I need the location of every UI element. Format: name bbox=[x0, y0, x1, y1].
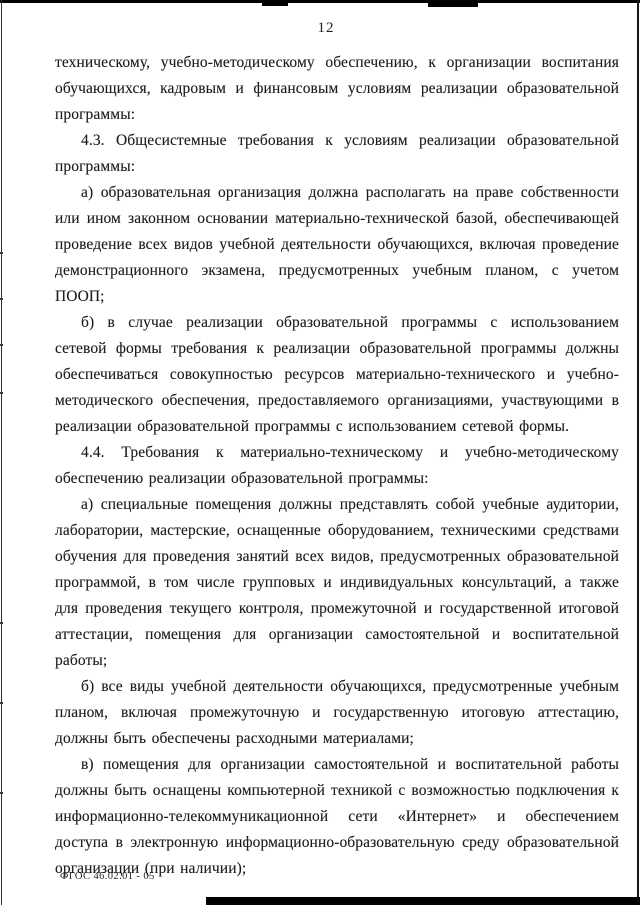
document-footer-code: ФГОС 46.02.01 - 05 bbox=[60, 871, 155, 882]
scan-artifact-bottom-edge bbox=[206, 897, 640, 905]
scanned-document-page: 12 техническому, учебно-методическому об… bbox=[0, 0, 640, 905]
scan-artifact-left-mark bbox=[0, 344, 3, 346]
paragraph: а) специальные помещения должны представ… bbox=[55, 492, 619, 674]
scan-artifact-left-mark bbox=[0, 252, 3, 254]
paragraph: б) в случае реализации образовательной п… bbox=[55, 310, 619, 440]
paragraph: в) помещения для организации самостоятел… bbox=[55, 752, 619, 882]
scan-artifact-left-mark bbox=[0, 392, 3, 394]
scan-artifact-left-mark bbox=[0, 702, 3, 704]
scan-artifact-left-edge bbox=[1, 0, 2, 905]
scan-artifact-left-mark bbox=[0, 622, 3, 624]
scan-artifact-top-mark bbox=[428, 0, 478, 7]
paragraph: техническому, учебно-методическому обесп… bbox=[55, 50, 619, 128]
paragraph: б) все виды учебной деятельности обучающ… bbox=[55, 674, 619, 752]
scan-artifact-top-edge bbox=[0, 0, 640, 3]
scan-artifact-right-edge bbox=[637, 0, 639, 899]
scan-artifact-left-mark bbox=[0, 792, 3, 794]
scan-artifact-left-mark bbox=[0, 298, 3, 300]
scan-artifact-top-mark bbox=[262, 0, 288, 6]
page-number: 12 bbox=[0, 20, 640, 37]
paragraph: 4.3. Общесистемные требования к условиям… bbox=[55, 128, 619, 180]
paragraph: а) образовательная организация должна ра… bbox=[55, 180, 619, 310]
document-body: техническому, учебно-методическому обесп… bbox=[55, 50, 619, 882]
paragraph: 4.4. Требования к материально-техническо… bbox=[55, 440, 619, 492]
